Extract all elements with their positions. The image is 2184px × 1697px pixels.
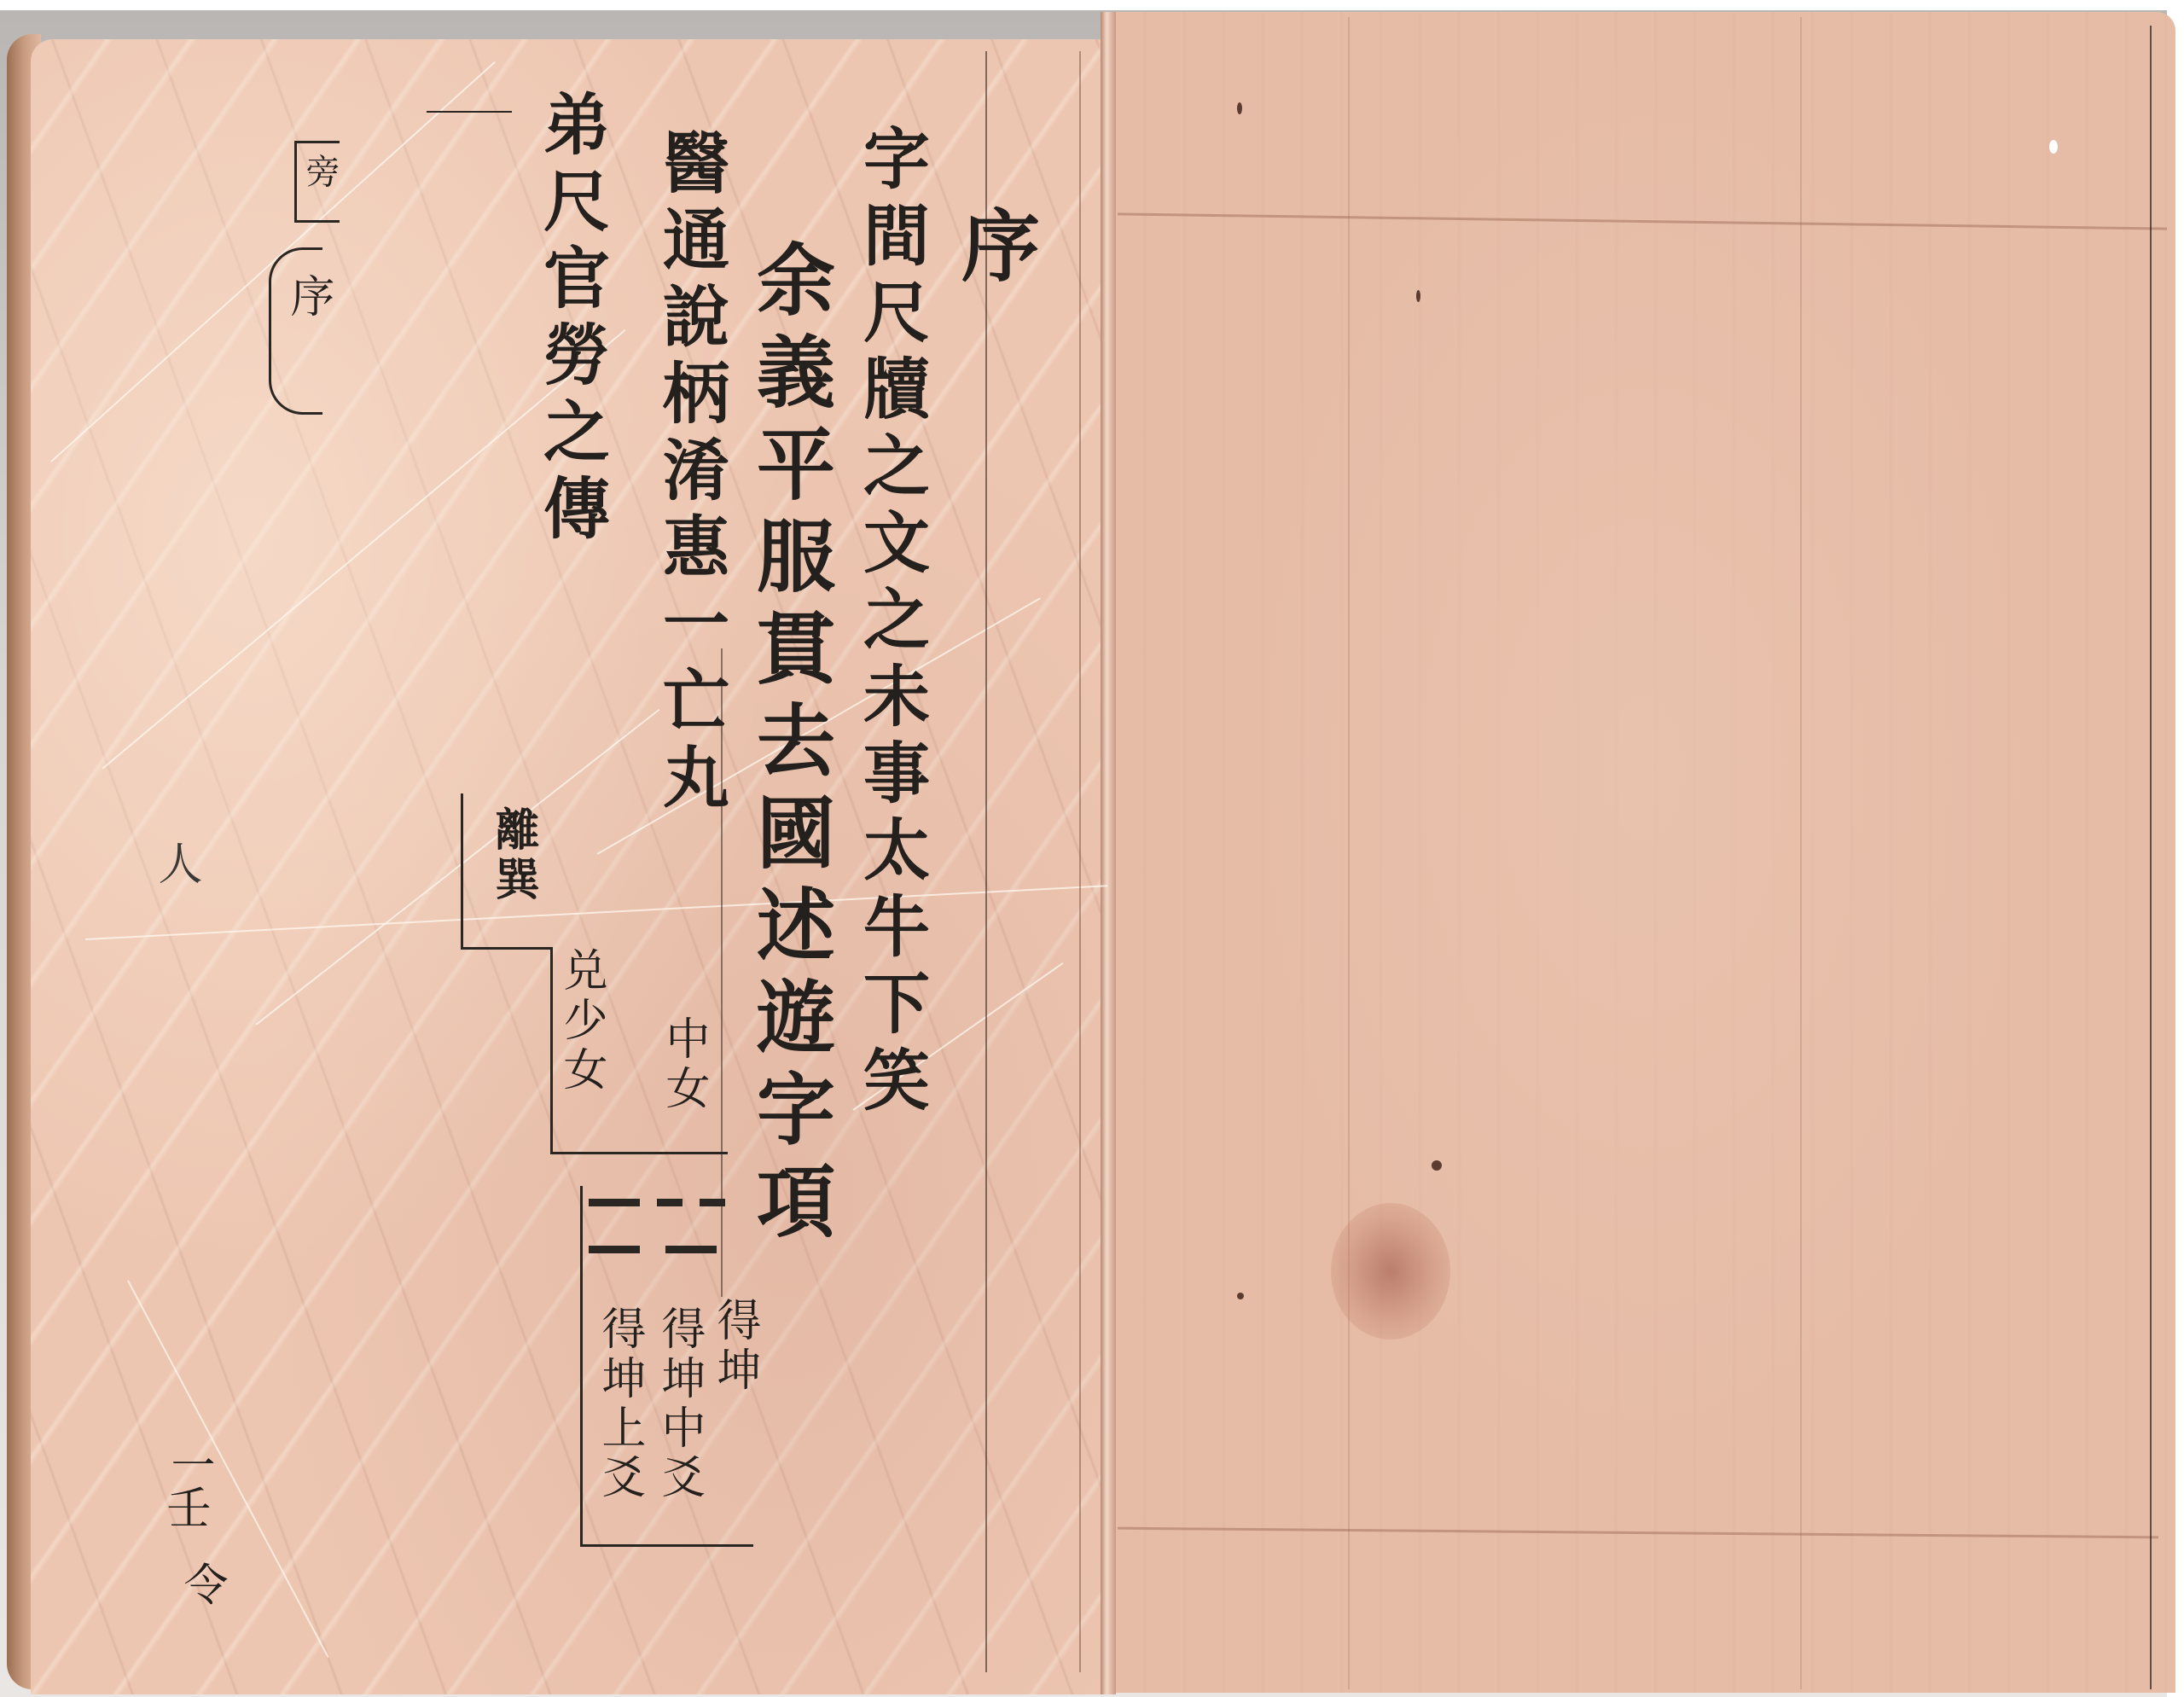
dui-shaonu-label: 兑少女 [559, 947, 603, 1095]
speck [1237, 1293, 1244, 1299]
speck [1432, 1160, 1442, 1171]
fold-crease [1800, 17, 1802, 1689]
fold-crease [2150, 26, 2152, 1689]
speck [1416, 290, 1420, 302]
fold-crease [1079, 51, 1081, 1672]
margin-mark-bottom: 令 [179, 1561, 224, 1611]
speck [1237, 102, 1242, 114]
page-gutter [1101, 12, 1116, 1694]
zhongnu-label: 中女 [661, 1015, 706, 1114]
text-column-3: 醫通說柄淆惠一亡丸 [657, 128, 723, 981]
margin-mark-left: 人 [154, 840, 198, 890]
text-column-4: 弟尺官勞之傳 [537, 90, 604, 772]
boxed-label-side: 序 [286, 273, 330, 323]
text-column-1: 字間尺牘之文之未事太牛下笑 [857, 124, 924, 1574]
water-stain [1331, 1203, 1450, 1340]
de-kun-line-3: 得坤上爻 [597, 1305, 642, 1503]
li-xun-label: 離巽 [491, 806, 535, 905]
de-kun-line-2: 得坤中爻 [657, 1305, 701, 1503]
preface-title: 序 [955, 205, 1034, 297]
ruled-line [427, 111, 512, 113]
text-column-2: 余義平服貫去國述遊字項 [751, 239, 829, 1689]
boxed-label-top: 旁 [303, 154, 337, 191]
margin-mark-bottom: 壬 [162, 1485, 206, 1534]
right-page-blank [1109, 12, 2175, 1693]
fold-crease [1348, 17, 1350, 1689]
paper-hole [2049, 140, 2058, 154]
de-kun-line-1: 得坤 [712, 1297, 757, 1396]
